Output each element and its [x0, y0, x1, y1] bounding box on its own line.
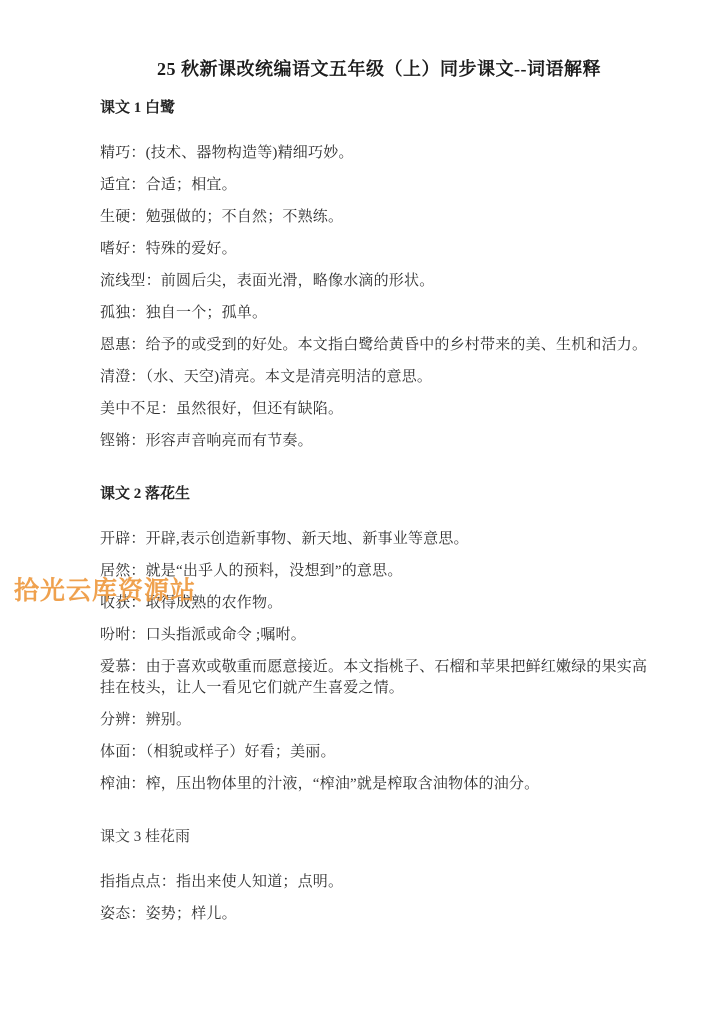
document-title: 25 秋新课改统编语文五年级（上）同步课文--词语解释: [100, 56, 658, 82]
definition-line: 恩惠：给予的或受到的好处。本文指白鹭给黄昏中的乡村带来的美、生机和活力。: [100, 335, 658, 356]
definition-line: 孤独：独自一个；孤单。: [100, 303, 658, 324]
section-heading: 课文 3 桂花雨: [100, 827, 658, 848]
definition-line: 开辟：开辟,表示创造新事物、新天地、新事业等意思。: [100, 529, 658, 550]
definition-line: 收获：取得成熟的农作物。: [100, 593, 658, 614]
definition-line: 吩咐：口头指派或命令 ;嘱咐。: [100, 625, 658, 646]
definition-line: 居然：就是“出乎人的预料，没想到”的意思。: [100, 561, 658, 582]
lesson-section: 课文 2 落花生开辟：开辟,表示创造新事物、新天地、新事业等意思。居然：就是“出…: [100, 484, 658, 795]
lesson-section: 课文 3 桂花雨指指点点：指出来使人知道；点明。姿态：姿势；样儿。: [100, 827, 658, 925]
definition-line: 精巧：(技术、器物构造等)精细巧妙。: [100, 143, 658, 164]
definition-line: 爱慕：由于喜欢或敬重而愿意接近。本文指桃子、石榴和苹果把鲜红嫩绿的果实高挂在枝头…: [100, 657, 658, 699]
definition-line: 清澄：（水、天空)清亮。本文是清亮明洁的意思。: [100, 367, 658, 388]
definition-line: 适宜：合适；相宜。: [100, 175, 658, 196]
definition-line: 榨油：榨，压出物体里的汁液，“榨油”就是榨取含油物体的油分。: [100, 774, 658, 795]
definition-line: 生硬：勉强做的；不自然；不熟练。: [100, 207, 658, 228]
definition-line: 姿态：姿势；样儿。: [100, 904, 658, 925]
document-page: 25 秋新课改统编语文五年级（上）同步课文--词语解释 课文 1 白鹭精巧：(技…: [0, 0, 724, 1024]
definition-line: 指指点点：指出来使人知道；点明。: [100, 872, 658, 893]
definition-line: 美中不足：虽然很好，但还有缺陷。: [100, 399, 658, 420]
section-heading: 课文 1 白鹭: [100, 98, 658, 119]
definition-line: 体面：（相貌或样子）好看；美丽。: [100, 742, 658, 763]
definition-line: 铿锵：形容声音响亮而有节奏。: [100, 431, 658, 452]
document-content: 25 秋新课改统编语文五年级（上）同步课文--词语解释 课文 1 白鹭精巧：(技…: [0, 0, 724, 925]
definition-line: 流线型：前圆后尖，表面光滑，略像水滴的形状。: [100, 271, 658, 292]
sections-container: 课文 1 白鹭精巧：(技术、器物构造等)精细巧妙。适宜：合适；相宜。生硬：勉强做…: [100, 98, 658, 925]
lesson-section: 课文 1 白鹭精巧：(技术、器物构造等)精细巧妙。适宜：合适；相宜。生硬：勉强做…: [100, 98, 658, 452]
section-heading: 课文 2 落花生: [100, 484, 658, 505]
definition-line: 嗜好：特殊的爱好。: [100, 239, 658, 260]
definition-line: 分辨：辨别。: [100, 710, 658, 731]
